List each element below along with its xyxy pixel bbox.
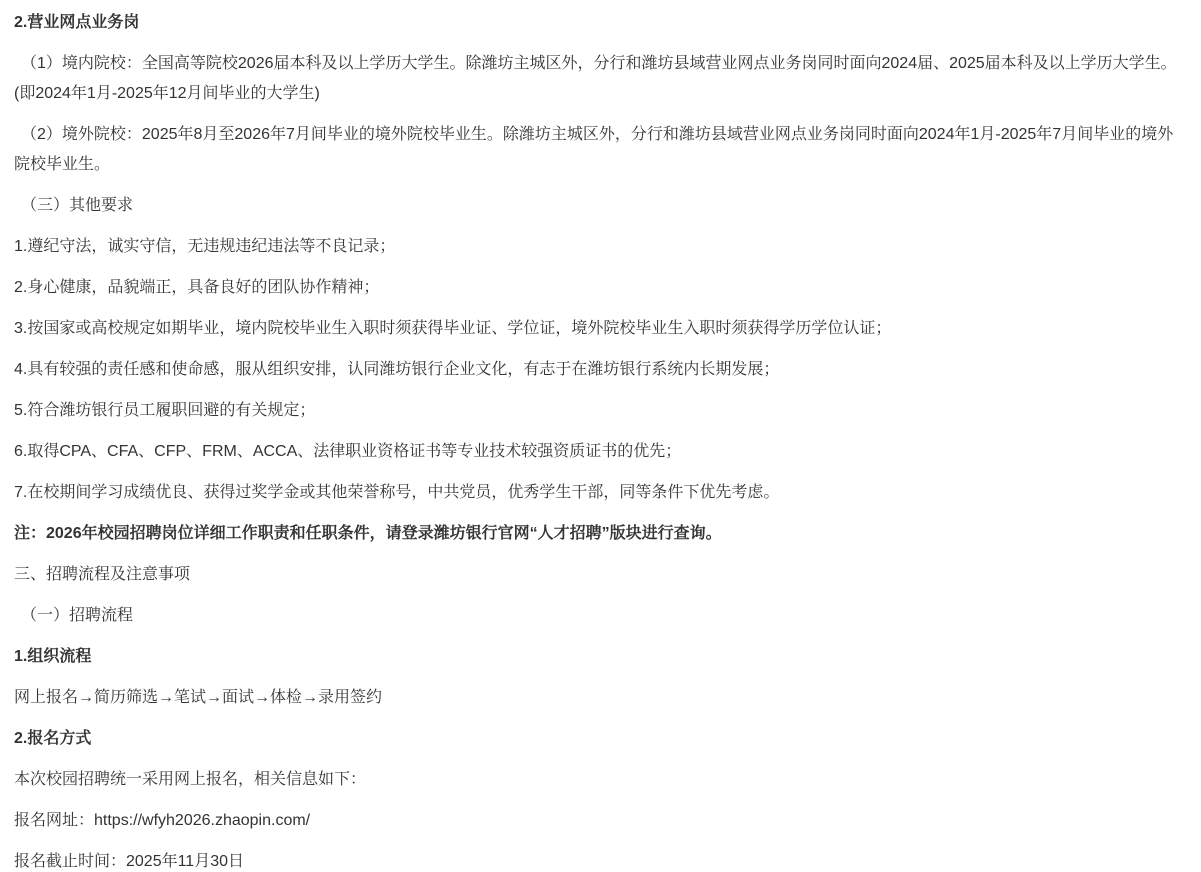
heading-other-requirements: （三）其他要求 (14, 191, 1187, 221)
requirement-item-2: 2.身心健康，品貌端正，具备良好的团队协作精神； (14, 273, 1187, 303)
heading-section-three: 三、招聘流程及注意事项 (14, 560, 1187, 590)
requirement-item-3: 3.按国家或高校规定如期毕业，境内院校毕业生入职时须获得毕业证、学位证，境外院校… (14, 314, 1187, 344)
requirement-item-4: 4.具有较强的责任感和使命感，服从组织安排，认同潍坊银行企业文化，有志于在潍坊银… (14, 355, 1187, 385)
heading-branch-service-post: 2.营业网点业务岗 (14, 8, 1187, 38)
document-body: 2.营业网点业务岗 （1）境内院校：全国高等院校2026届本科及以上学历大学生。… (0, 0, 1201, 872)
para-overseas-colleges: （2）境外院校：2025年8月至2026年7月间毕业的境外院校毕业生。除潍坊主城… (14, 120, 1187, 180)
para-process-flow: 网上报名→简历筛选→笔试→面试→体检→录用签约 (14, 683, 1187, 713)
requirement-item-1: 1.遵纪守法，诚实守信，无违规违纪违法等不良记录； (14, 232, 1187, 262)
note-job-details: 注：2026年校园招聘岗位详细工作职责和任职条件，请登录潍坊银行官网“人才招聘”… (14, 519, 1187, 549)
heading-application-method: 2.报名方式 (14, 724, 1187, 754)
para-application-intro: 本次校园招聘统一采用网上报名，相关信息如下： (14, 765, 1187, 795)
requirement-item-7: 7.在校期间学习成绩优良、获得过奖学金或其他荣誉称号，中共党员，优秀学生干部，同… (14, 478, 1187, 508)
heading-recruitment-process: （一）招聘流程 (14, 601, 1187, 631)
requirement-item-6: 6.取得CPA、CFA、CFP、FRM、ACCA、法律职业资格证书等专业技术较强… (14, 437, 1187, 467)
para-application-url: 报名网址：https://wfyh2026.zhaopin.com/ (14, 806, 1187, 836)
para-application-deadline: 报名截止时间：2025年11月30日 (14, 847, 1187, 872)
heading-organization-process: 1.组织流程 (14, 642, 1187, 672)
requirement-item-5: 5.符合潍坊银行员工履职回避的有关规定； (14, 396, 1187, 426)
para-domestic-colleges: （1）境内院校：全国高等院校2026届本科及以上学历大学生。除潍坊主城区外，分行… (14, 49, 1187, 109)
